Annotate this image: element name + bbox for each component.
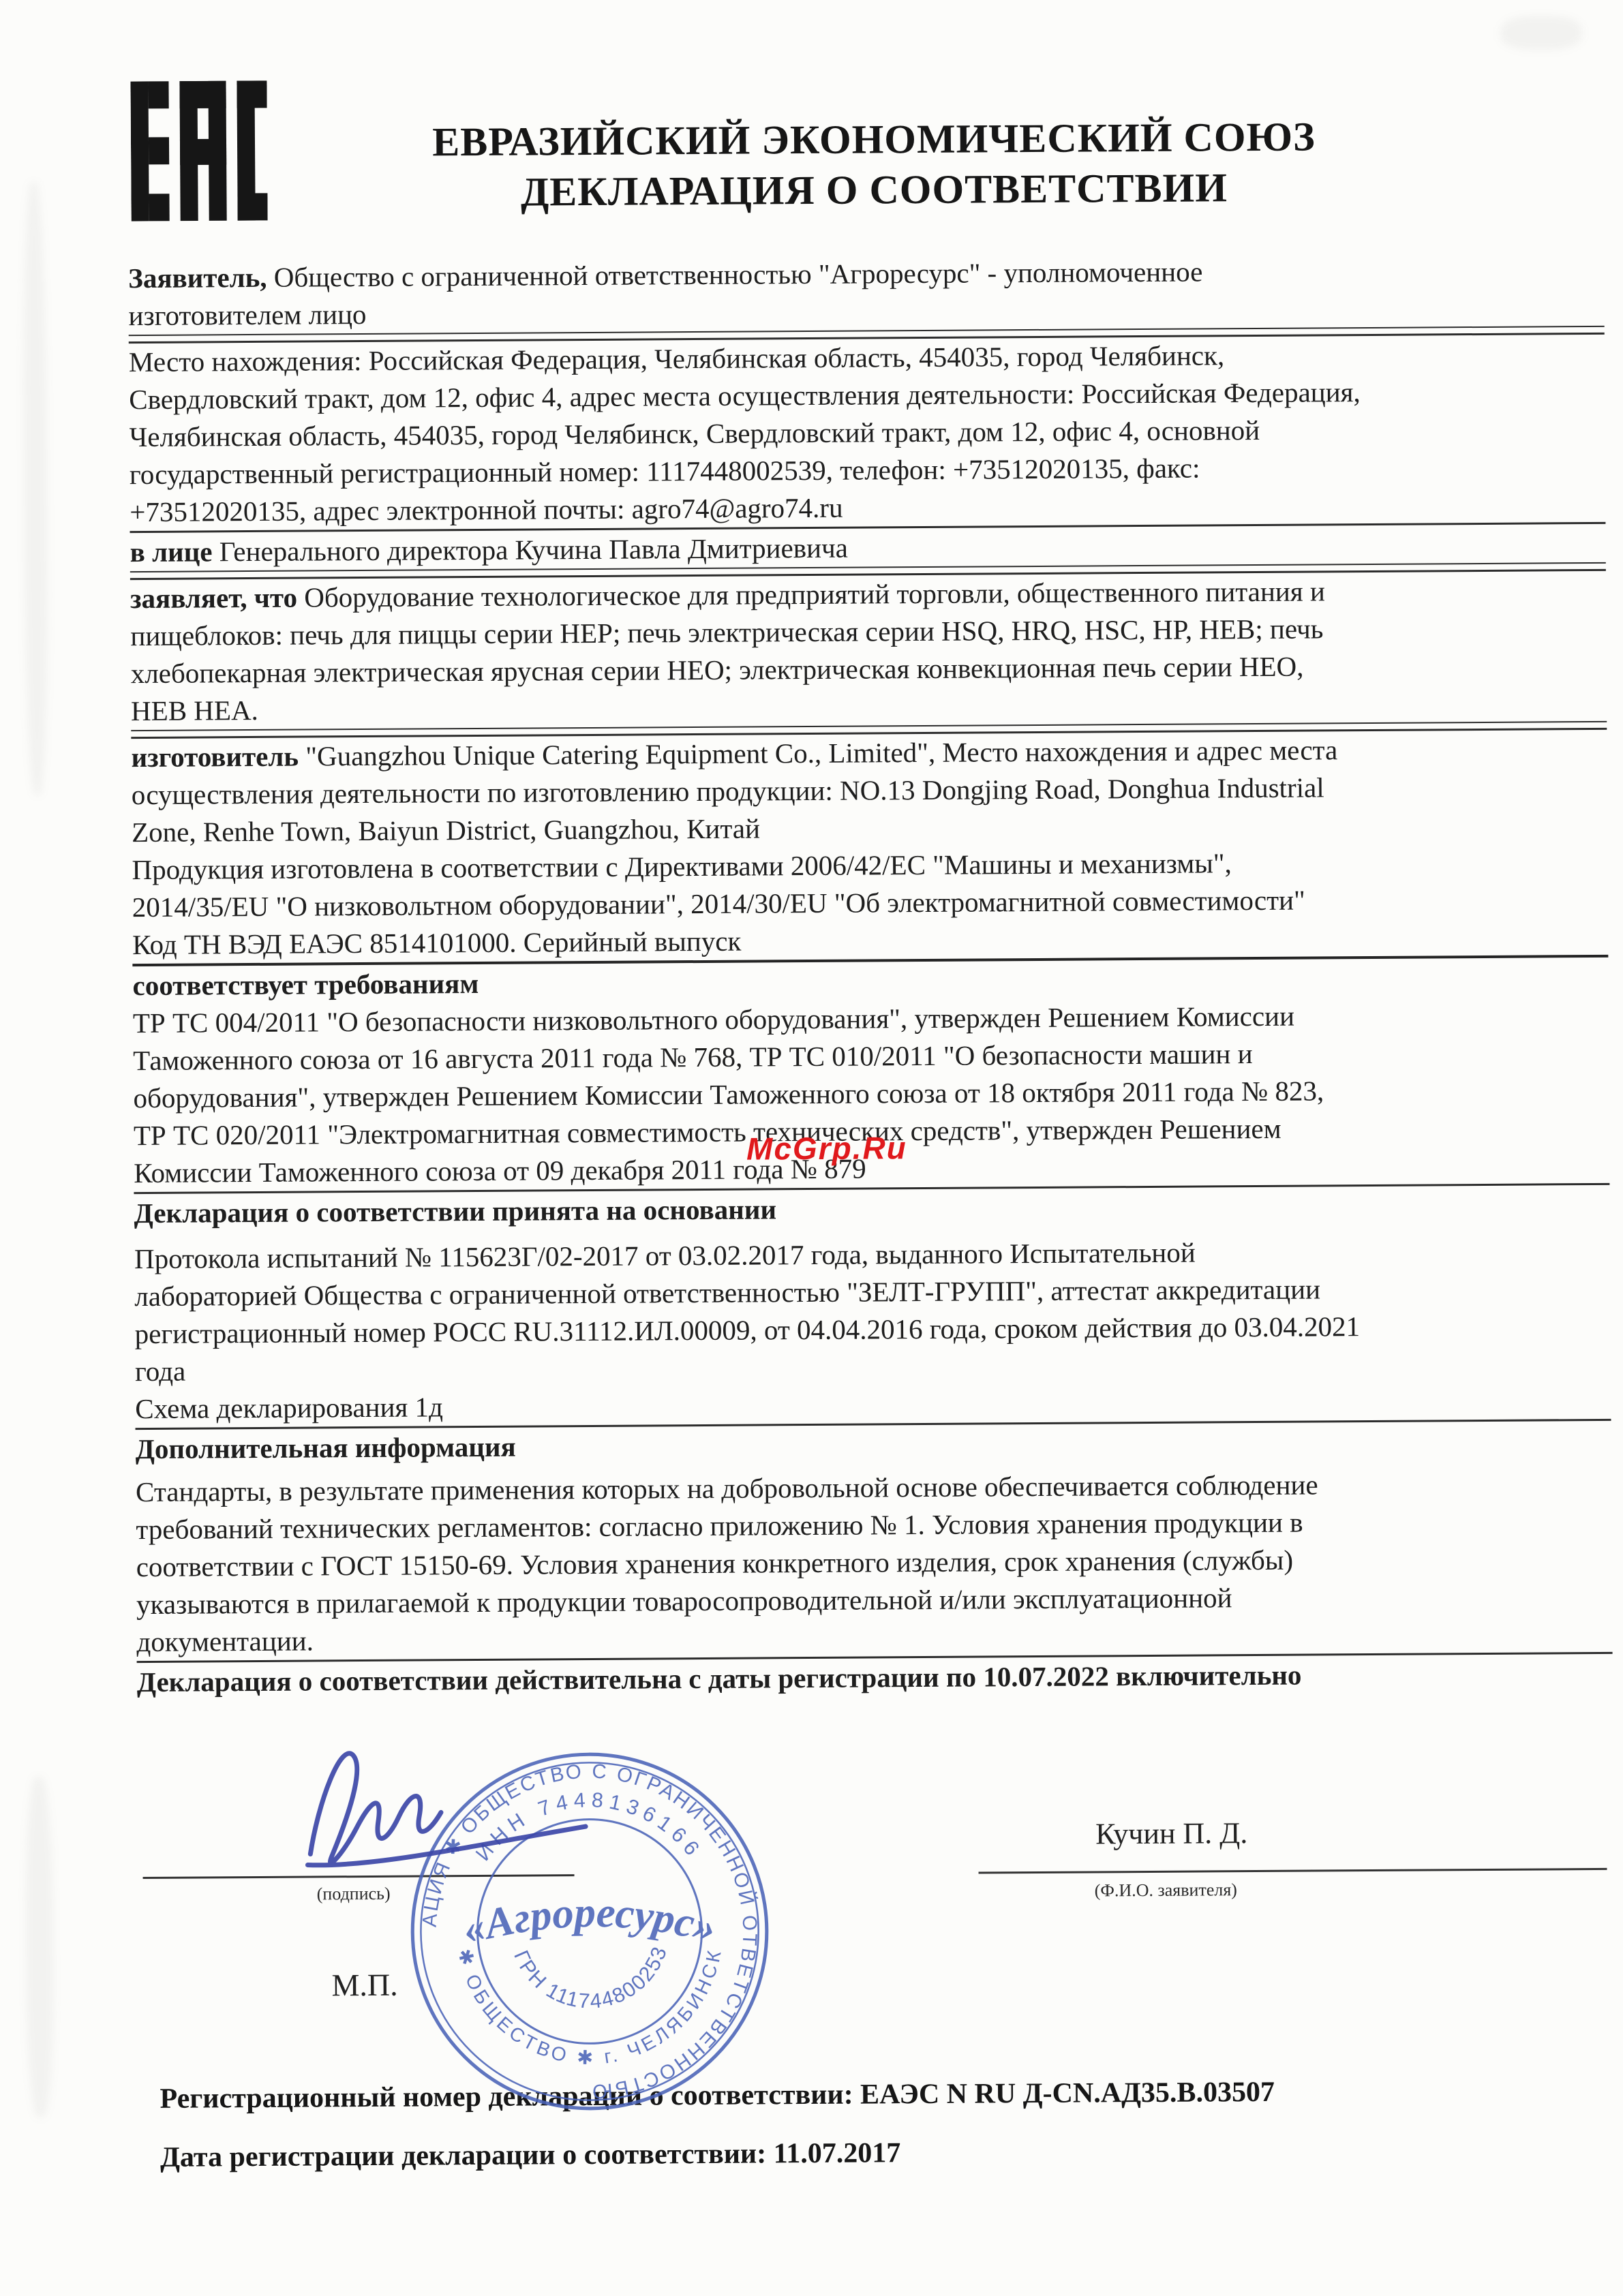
manufacturer-text: "Guangzhou Unique Catering Equipment Co.… xyxy=(132,734,1338,848)
document-title: ЕВРАЗИЙСКИЙ ЭКОНОМИЧЕСКИЙ СОЮЗ ДЕКЛАРАЦИ… xyxy=(199,110,1549,219)
stamp-center-text: «Агроресурс» xyxy=(457,1888,721,1954)
site-watermark: McGrp.Ru xyxy=(746,1129,907,1167)
scanned-declaration-page: ЕВРАЗИЙСКИЙ ЭКОНОМИЧЕСКИЙ СОЮЗ ДЕКЛАРАЦИ… xyxy=(0,0,1623,2296)
scan-artifact xyxy=(22,182,48,795)
manufacturer-paragraph: изготовитель "Guangzhou Unique Catering … xyxy=(131,730,1607,851)
applicant-paragraph: Заявитель, Общество с ограниченной ответ… xyxy=(128,251,1605,335)
in-person-label: в лице xyxy=(130,536,213,568)
applicant-text: Общество с ограниченной ответственностью… xyxy=(128,256,1202,331)
declares-label: заявляет, что xyxy=(130,582,297,614)
registration-date-line: Дата регистрации декларации о соответств… xyxy=(160,2137,901,2174)
scan-artifact xyxy=(25,1777,55,2117)
declaration-body: Заявитель, Общество с ограниченной ответ… xyxy=(128,251,1613,1701)
location-paragraph: Место нахождения: Российская Федерация, … xyxy=(129,335,1606,531)
stamp-place-note: М.П. xyxy=(331,1967,397,2004)
signer-name-caption: (Ф.И.О. заявителя) xyxy=(1095,1880,1237,1901)
in-person-text: Генерального директора Кучина Павла Дмит… xyxy=(212,532,848,568)
protocol-paragraph: Протокола испытаний № 115623Г/02-2017 от… xyxy=(134,1231,1611,1390)
declares-paragraph: заявляет, что Оборудование технологическ… xyxy=(130,571,1607,730)
declares-text: Оборудование технологическое для предпри… xyxy=(130,575,1325,726)
title-line-1: ЕВРАЗИЙСКИЙ ЭКОНОМИЧЕСКИЙ СОЮЗ xyxy=(199,110,1549,168)
applicant-label: Заявитель, xyxy=(128,262,267,294)
title-line-2: ДЕКЛАРАЦИЯ О СООТВЕТСТВИИ xyxy=(199,160,1549,219)
name-line xyxy=(979,1868,1607,1874)
signer-name: Кучин П. Д. xyxy=(1095,1816,1247,1851)
standards-paragraph: Стандарты, в результате применения котор… xyxy=(136,1465,1613,1661)
manufacturer-label: изготовитель xyxy=(131,741,299,773)
production-paragraph: Продукция изготовлена в соответствии с Д… xyxy=(132,842,1608,926)
handwritten-signature xyxy=(290,1719,595,1891)
scan-artifact xyxy=(1500,16,1582,50)
